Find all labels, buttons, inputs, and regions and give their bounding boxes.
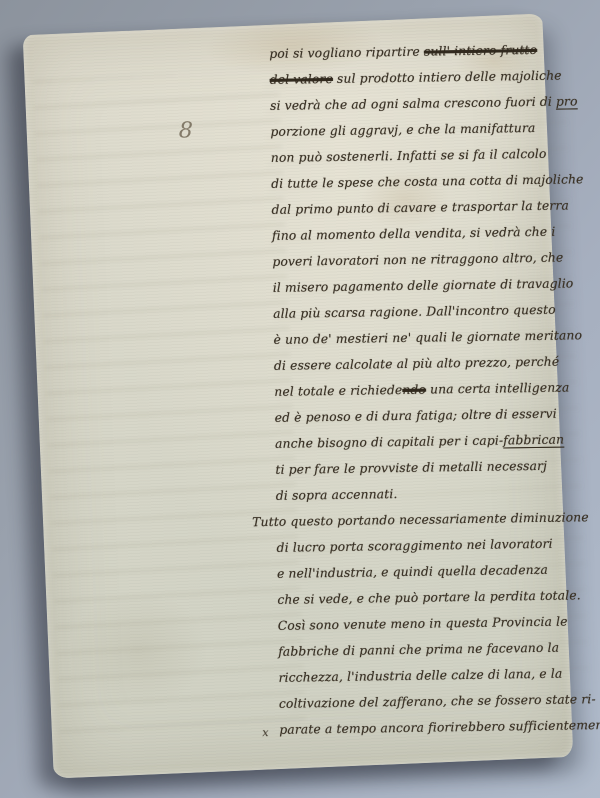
margin-mark: x	[262, 720, 269, 746]
handwritten-text: fabbriche di panni che prima ne facevano…	[278, 641, 559, 659]
handwritten-text: ed è penoso e di dura fatiga; oltre di e…	[275, 407, 557, 425]
handwritten-text: dal primo punto di cavare e trasportar l…	[272, 198, 570, 216]
handwritten-text: e nell'industria, e quindi quella decade…	[277, 563, 548, 581]
handwritten-text: sul prodotto intiero delle majoliche	[333, 69, 562, 86]
handwritten-text: di tutte le spese che costa una cotta di…	[271, 172, 584, 191]
handwritten-text: una certa intelligenza	[426, 380, 570, 396]
handwritten-text: parate a tempo ancora fiorirebbero suffi…	[279, 718, 600, 737]
handwritten-text: il misero pagamento delle giornate di tr…	[273, 276, 574, 294]
ink-showthrough-left	[33, 71, 306, 741]
handwritten-text: coltivazione del zafferano, che se fosse…	[279, 692, 596, 711]
handwritten-text: poi si vogliano ripartire	[269, 45, 424, 61]
handwritten-text: che si vede, e che può portare la perdit…	[277, 588, 581, 606]
manuscript-line: xparate a tempo ancora fiorirebbero suff…	[279, 712, 579, 742]
handwritten-text: si vedrà che ad ogni salma crescono fuor…	[270, 95, 556, 113]
handwritten-text: alla più scarsa ragione. Dall'incontro q…	[273, 303, 556, 321]
handwritten-text: ti per fare le provviste di metalli nece…	[275, 459, 547, 477]
handwritten-text: è uno de' mestieri ne' quali le giornate…	[273, 328, 582, 347]
photograph-background: 8 poi si vogliano ripartire sull' intier…	[0, 0, 600, 798]
handwritten-text-block: poi si vogliano ripartire sull' intiero …	[269, 36, 579, 742]
struck-text: del valore	[270, 72, 333, 87]
handwritten-text: nel totale e richiede	[274, 383, 402, 399]
handwritten-text: porzione gli aggravj, e che la manifattu…	[270, 121, 535, 139]
handwritten-text: fino al momento della vendita, si vedrà …	[272, 225, 556, 243]
struck-text: sull' intiero frutto	[424, 43, 537, 59]
handwritten-text: di sopra accennati.	[276, 487, 398, 503]
underlined-text: fabbrican	[503, 433, 564, 448]
page-number: 8	[178, 118, 193, 143]
handwritten-text: di lucro porta scoraggimento nei lavorat…	[277, 537, 553, 555]
handwritten-text: anche bisogno di capitali per i capi-	[275, 433, 503, 450]
underlined-text: pro	[556, 94, 578, 108]
handwritten-text: Così sono venute meno in questa Provinci…	[278, 615, 568, 633]
manuscript-page: 8 poi si vogliano ripartire sull' intier…	[23, 13, 574, 778]
struck-text: ndo	[402, 383, 426, 397]
handwritten-text: di essere calcolate al più alto prezzo, …	[274, 355, 560, 373]
handwritten-text: Tutto questo portando necessariamente di…	[252, 510, 589, 529]
handwritten-text: ricchezza, l'industria delle calze di la…	[278, 667, 562, 685]
handwritten-text: non può sostenerli. Infatti se si fa il …	[271, 147, 547, 165]
handwritten-text: poveri lavoratori non ne ritraggono altr…	[272, 251, 563, 269]
